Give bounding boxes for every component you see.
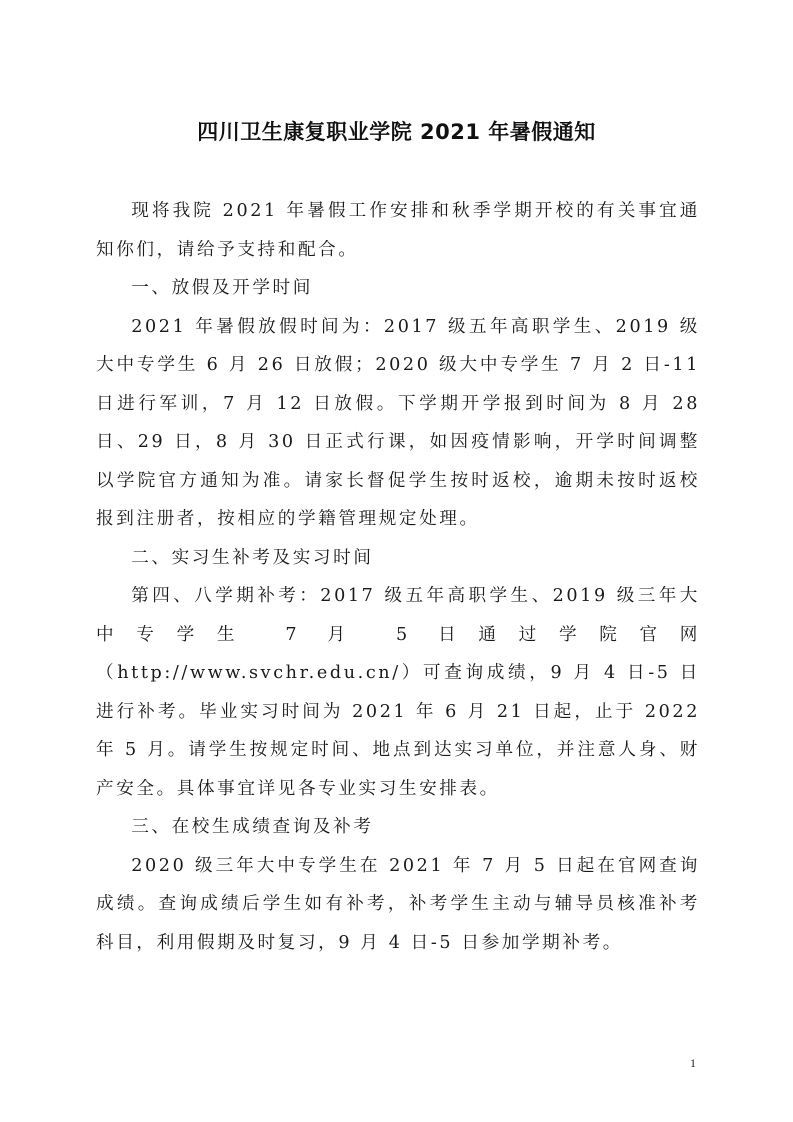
section-paragraph-grades: 2020 级三年大中专学生在 2021 年 7 月 5 日起在官网查询成绩。查询…: [96, 847, 700, 963]
section-heading-grades: 三、在校生成绩查询及补考: [96, 808, 700, 847]
document-page: 四川卫生康复职业学院 2021 年暑假通知 现将我院 2021 年暑假工作安排和…: [0, 0, 793, 1122]
section-paragraph-internship: 第四、八学期补考：2017 级五年高职学生、2019 级三年大中专学生 7 月 …: [96, 577, 700, 808]
document-body: 现将我院 2021 年暑假工作安排和秋季学期开校的有关事宜通知你们，请给予支持和…: [96, 192, 700, 962]
page-title: 四川卫生康复职业学院 2021 年暑假通知: [0, 116, 793, 146]
section-heading-internship: 二、实习生补考及实习时间: [96, 539, 700, 578]
page-number: 1: [690, 1056, 696, 1071]
section-heading-vacation-schedule: 一、放假及开学时间: [96, 269, 700, 308]
intro-paragraph: 现将我院 2021 年暑假工作安排和秋季学期开校的有关事宜通知你们，请给予支持和…: [96, 192, 700, 269]
section-paragraph-vacation-schedule: 2021 年暑假放假时间为：2017 级五年高职学生、2019 级大中专学生 6…: [96, 308, 700, 539]
